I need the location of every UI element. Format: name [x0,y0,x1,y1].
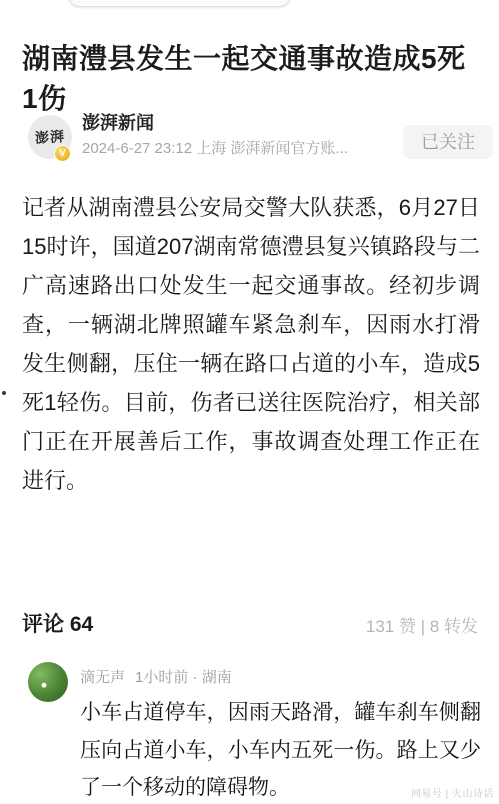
publisher-name[interactable]: 澎湃新闻 [82,109,154,135]
commenter-name[interactable]: 滴无声 [80,669,125,686]
top-cropped-pill [68,0,291,7]
verified-badge-icon: V [54,145,71,162]
article-body: 记者从湖南澧县公安局交警大队获悉，6月27日15时许，国道207湖南常德澧县复兴… [22,188,480,500]
publisher-avatar[interactable]: 澎湃 V [28,115,72,159]
comment-time-location: 1小时前 · 湖南 [135,669,232,686]
followed-button[interactable]: 已关注 [403,125,493,159]
comments-header: 评论 64 131 赞 | 8 转发 [0,606,499,640]
comment-meta-row: 滴无声1小时前 · 湖南 [80,666,232,687]
author-row: 澎湃 V 澎湃新闻 2024-6-27 23:12 上海 澎湃新闻官方账... … [0,106,499,162]
news-article-screen: 湖南澧县发生一起交通事故造成5死1伤 澎湃 V 澎湃新闻 2024-6-27 2… [0,0,499,804]
source-watermark: 网易号 | 火山诗话 [411,785,494,800]
publish-meta: 2024-6-27 23:12 上海 澎湃新闻官方账... [82,137,394,158]
comments-count-label: 评论 64 [22,608,93,638]
stray-dot-artifact [2,391,6,395]
commenter-avatar[interactable] [28,662,68,702]
likes-shares-stats[interactable]: 131 赞 | 8 转发 [366,612,478,637]
